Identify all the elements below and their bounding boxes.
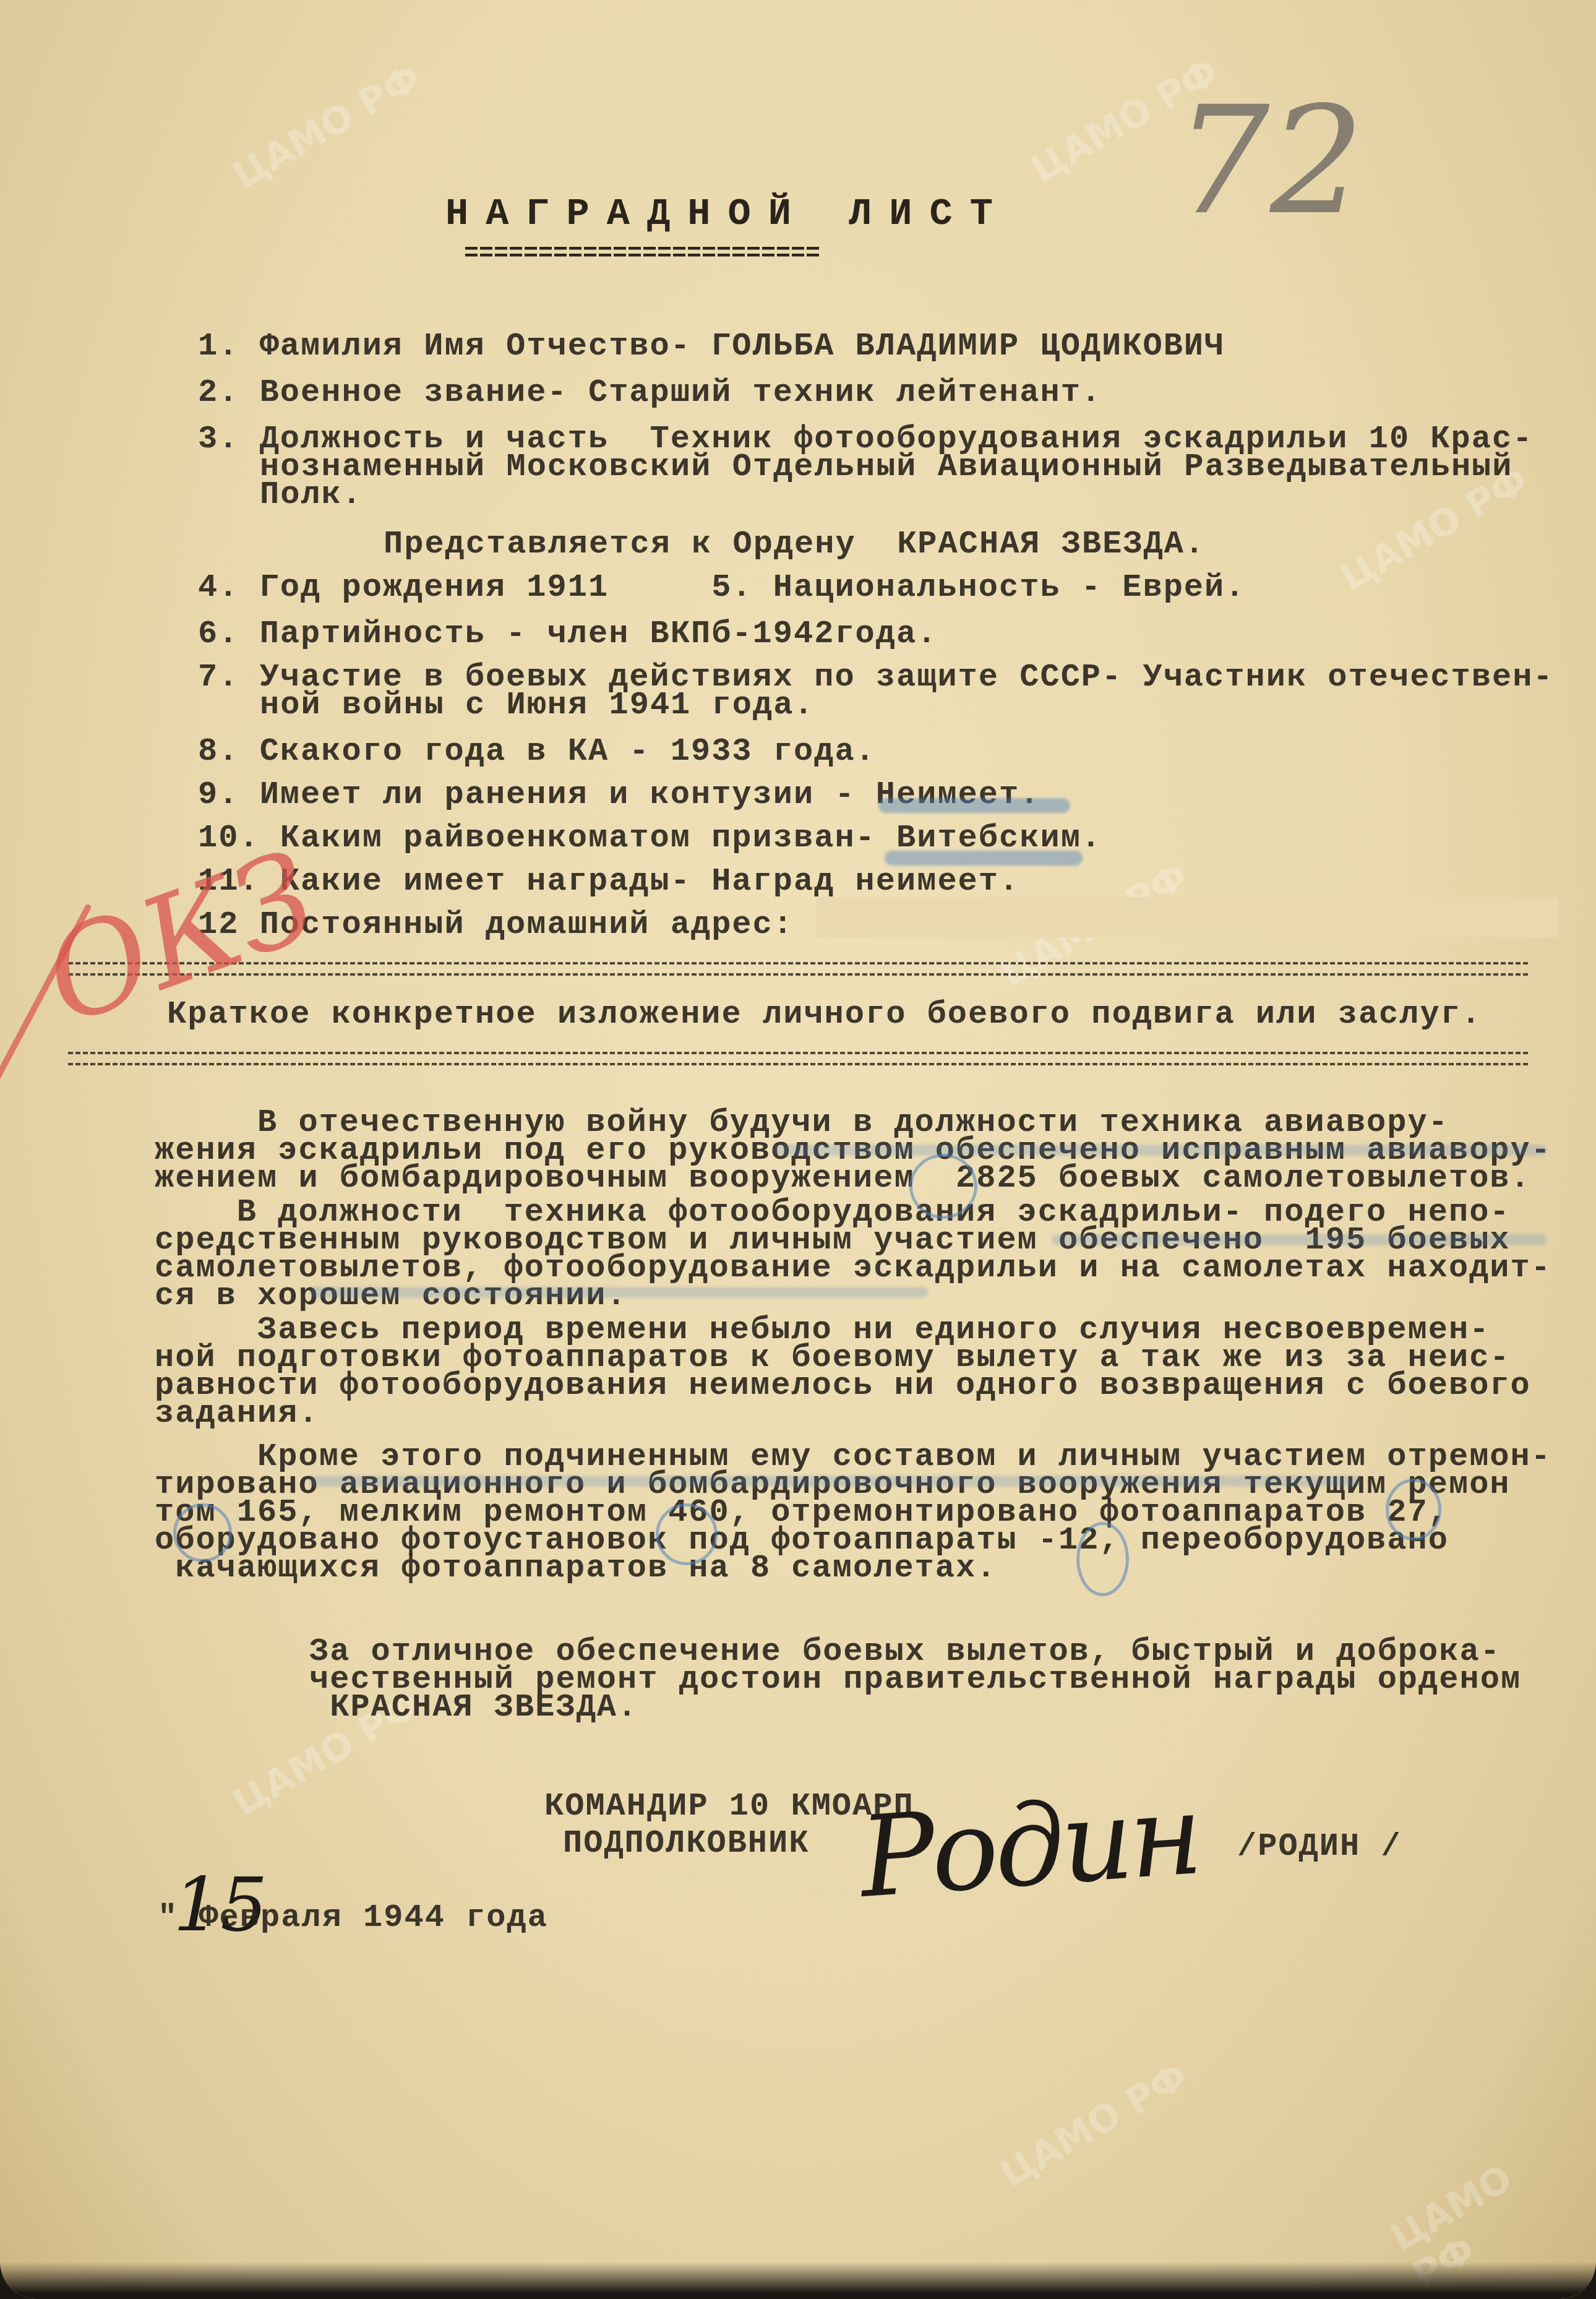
body-line: задания. — [155, 1395, 319, 1432]
body-line: равности фотооборудования неимелось ни о… — [155, 1367, 1531, 1404]
archive-number: 72 — [1175, 74, 1364, 247]
blue-pencil-circle — [1386, 1479, 1441, 1541]
section-divider — [68, 1052, 1528, 1065]
field-row: 2. Военное звание- Старший техник лейтен… — [198, 374, 1102, 411]
blue-pencil-circle — [173, 1503, 232, 1562]
field-row: 1. Фамилия Имя Отчество- ГОЛЬБА ВЛАДИМИР… — [198, 328, 1225, 365]
blue-pencil-highlight — [878, 798, 1070, 813]
body-line: качающихся фотоаппаратов на 8 самолетах. — [155, 1550, 997, 1587]
award-sheet-page: ЦАМО РФ ЦАМО РФ ЦАМО РФ ЦАМО РФ ЦАМО РФ … — [0, 0, 1596, 2299]
field-row: нознаменный Московский Отдельный Авиацио… — [260, 449, 1513, 486]
section-heading: Краткое конкретное изложение личного бое… — [167, 996, 1482, 1033]
field-row: 11. Какие имеет награды- Наград неимеет. — [198, 863, 1019, 900]
nomination-line: Представляется к Ордену КРАСНАЯ ЗВЕЗДА. — [384, 526, 1205, 563]
field-row: 4. Год рождения 1911 5. Национальность -… — [198, 569, 1245, 606]
blue-pencil-circle — [656, 1503, 718, 1565]
handwritten-signature: Родин — [856, 1770, 1203, 1923]
document-title: НАГРАДНОЙ ЛИСТ — [445, 192, 1010, 236]
blue-pencil-highlight — [309, 1476, 1361, 1487]
field-row: ной войны с Июня 1941 года. — [260, 687, 815, 724]
watermark: ЦАМО РФ — [226, 56, 428, 197]
blue-pencil-circle — [909, 1154, 977, 1219]
title-underline: ======================== — [464, 243, 820, 267]
field-row: Полк. — [260, 476, 363, 514]
field-row: 8. Скакого года в КА - 1933 года. — [198, 733, 876, 770]
date-text: " Февраля 1944 года — [158, 1899, 548, 1936]
conclusion-line: КРАСНАЯ ЗВЕЗДА. — [309, 1689, 638, 1726]
watermark: ЦАМО РФ — [1384, 2120, 1596, 2297]
body-line: жением и бомбардировочным вооружением 28… — [155, 1160, 1531, 1197]
field-row: 6. Партийность - член ВКПб-1942года. — [198, 616, 937, 653]
blue-pencil-highlight — [885, 851, 1083, 866]
watermark: ЦАМО РФ — [993, 2054, 1195, 2196]
blue-pencil-highlight — [1052, 1234, 1547, 1245]
redacted-address — [817, 897, 1559, 937]
signatory-name: /РОДИН / — [1237, 1828, 1402, 1865]
blue-pencil-highlight — [773, 1145, 1547, 1156]
blue-pencil-highlight — [309, 1287, 928, 1298]
blue-pencil-circle — [1076, 1522, 1129, 1596]
signatory-rank: ПОДПОЛКОВНИК — [563, 1825, 809, 1862]
